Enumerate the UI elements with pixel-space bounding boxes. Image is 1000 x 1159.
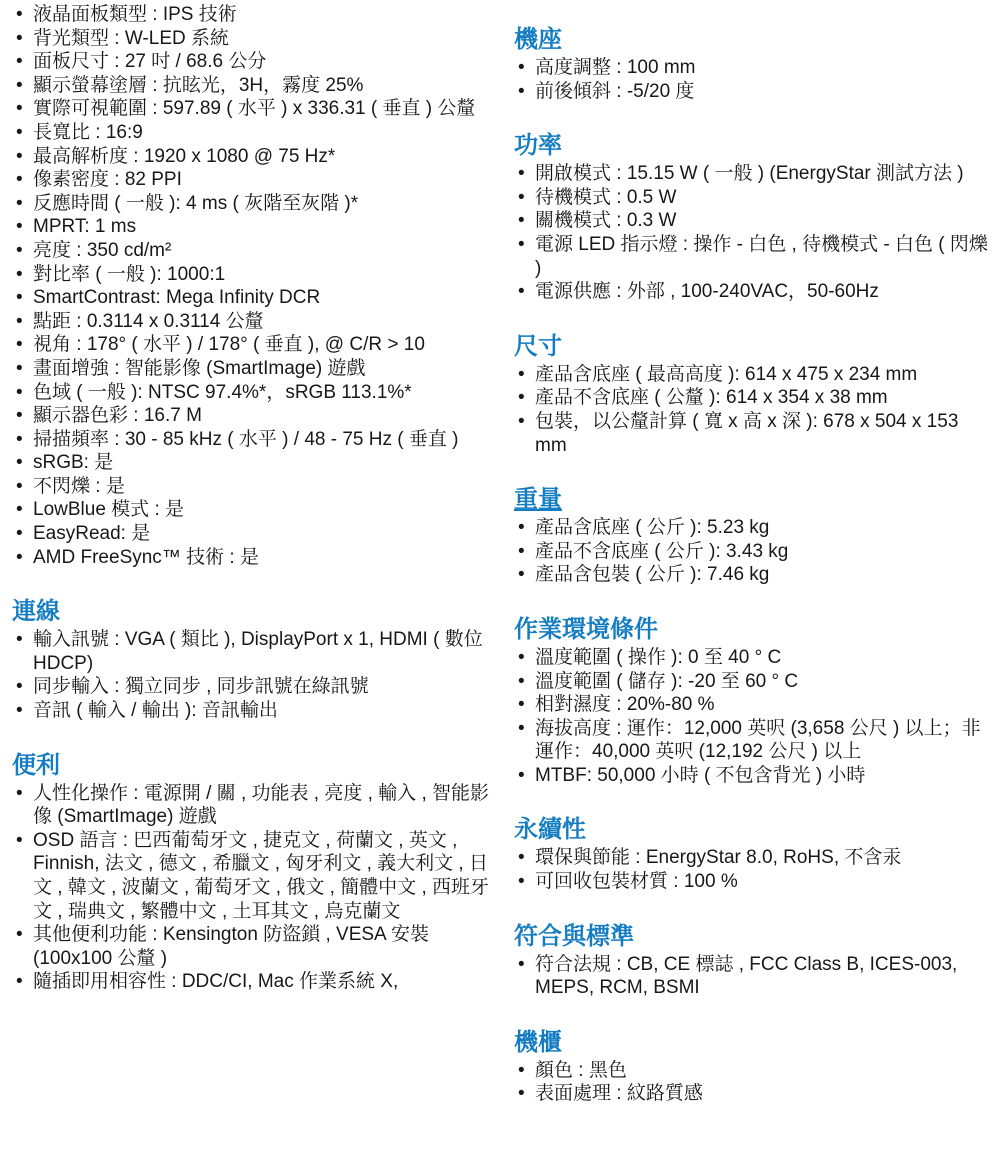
spec-item: 電源供應 : 外部 , 100-240VAC，50-60Hz xyxy=(514,280,992,304)
section-heading: 機座 xyxy=(514,26,992,53)
spec-item: LowBlue 模式 : 是 xyxy=(12,498,490,522)
spec-list: 產品含底座 ( 最高高度 ): 614 x 475 x 234 mm產品不含底座… xyxy=(514,363,992,457)
spec-item: 同步輸入 : 獨立同步 , 同步訊號在綠訊號 xyxy=(12,675,490,699)
spec-item: 顏色 : 黑色 xyxy=(514,1059,992,1083)
spec-list: 環保與節能 : EnergyStar 8.0, RoHS, 不含汞可回收包裝材質… xyxy=(514,846,992,893)
spec-section: 機櫃顏色 : 黑色表面處理 : 紋路質感 xyxy=(514,1029,992,1106)
spec-item: 點距 : 0.3114 x 0.3114 公釐 xyxy=(12,310,490,334)
spec-item: SmartContrast: Mega Infinity DCR xyxy=(12,286,490,310)
section-heading: 永續性 xyxy=(514,816,992,843)
spec-item: 面板尺寸 : 27 吋 / 68.6 公分 xyxy=(12,50,490,74)
spec-item: 開啟模式 : 15.15 W ( 一般 ) (EnergyStar 測試方法 ) xyxy=(514,162,992,186)
section-heading: 機櫃 xyxy=(514,1029,992,1056)
section-heading: 重量 xyxy=(514,486,992,513)
spec-item: 海拔高度 : 運作：12,000 英呎 (3,658 公尺 ) 以上；非運作：4… xyxy=(514,717,992,764)
spec-item: 溫度範圍 ( 儲存 ): -20 至 60 ° C xyxy=(514,670,992,694)
spec-list: 顏色 : 黑色表面處理 : 紋路質感 xyxy=(514,1059,992,1106)
spec-item: 顯示螢幕塗層 : 抗眩光，3H，霧度 25% xyxy=(12,74,490,98)
spec-item: 色域 ( 一般 ): NTSC 97.4%*，sRGB 113.1%* xyxy=(12,381,490,405)
spec-item: 產品不含底座 ( 公斤 ): 3.43 kg xyxy=(514,540,992,564)
spec-list: 溫度範圍 ( 操作 ): 0 至 40 ° C溫度範圍 ( 儲存 ): -20 … xyxy=(514,646,992,788)
spec-item: 最高解析度 : 1920 x 1080 @ 75 Hz* xyxy=(12,145,490,169)
spec-section: 連線輸入訊號 : VGA ( 類比 ), DisplayPort x 1, HD… xyxy=(12,598,490,722)
spec-item: 產品含底座 ( 最高高度 ): 614 x 475 x 234 mm xyxy=(514,363,992,387)
spec-item: 背光類型 : W-LED 系統 xyxy=(12,27,490,51)
spec-item: MPRT: 1 ms xyxy=(12,215,490,239)
spec-item: 輸入訊號 : VGA ( 類比 ), DisplayPort x 1, HDMI… xyxy=(12,628,490,675)
section-heading: 符合與標準 xyxy=(514,923,992,950)
spec-list: 人性化操作 : 電源開 / 關 , 功能表 , 亮度 , 輸入 , 智能影像 (… xyxy=(12,782,490,994)
spec-item: 顯示器色彩 : 16.7 M xyxy=(12,404,490,428)
spec-item: 音訊 ( 輸入 / 輸出 ): 音訊輸出 xyxy=(12,699,490,723)
spec-item: 實際可視範圍 : 597.89 ( 水平 ) x 336.31 ( 垂直 ) 公… xyxy=(12,97,490,121)
spec-item: 掃描頻率 : 30 - 85 kHz ( 水平 ) / 48 - 75 Hz (… xyxy=(12,428,490,452)
spec-item: 視角 : 178° ( 水平 ) / 178° ( 垂直 ), @ C/R > … xyxy=(12,333,490,357)
spec-item: 隨插即用相容性 : DDC/CI, Mac 作業系統 X, xyxy=(12,970,490,994)
spec-list: 產品含底座 ( 公斤 ): 5.23 kg產品不含底座 ( 公斤 ): 3.43… xyxy=(514,516,992,587)
spec-item: sRGB: 是 xyxy=(12,451,490,475)
spec-item: 產品含包裝 ( 公斤 ): 7.46 kg xyxy=(514,563,992,587)
section-heading: 作業環境條件 xyxy=(514,616,992,643)
spec-section: 尺寸產品含底座 ( 最高高度 ): 614 x 475 x 234 mm產品不含… xyxy=(514,333,992,457)
section-heading: 功率 xyxy=(514,132,992,159)
spec-column-left: 液晶面板類型 : IPS 技術背光類型 : W-LED 系統面板尺寸 : 27 … xyxy=(12,0,490,994)
spec-item: 相對濕度 : 20%-80 % xyxy=(514,693,992,717)
spec-section: 作業環境條件溫度範圍 ( 操作 ): 0 至 40 ° C溫度範圍 ( 儲存 )… xyxy=(514,616,992,788)
spec-item: 長寬比 : 16:9 xyxy=(12,121,490,145)
spec-list: 液晶面板類型 : IPS 技術背光類型 : W-LED 系統面板尺寸 : 27 … xyxy=(12,0,490,569)
spec-list: 高度調整 : 100 mm前後傾斜 : -5/20 度 xyxy=(514,56,992,103)
spec-item: 對比率 ( 一般 ): 1000:1 xyxy=(12,263,490,287)
spec-item: 不閃爍 : 是 xyxy=(12,475,490,499)
spec-item: 包裝，以公釐計算 ( 寬 x 高 x 深 ): 678 x 504 x 153 … xyxy=(514,410,992,457)
spec-item: 前後傾斜 : -5/20 度 xyxy=(514,80,992,104)
spec-item: 亮度 : 350 cd/m² xyxy=(12,239,490,263)
spec-item: 待機模式 : 0.5 W xyxy=(514,186,992,210)
spec-section: 功率開啟模式 : 15.15 W ( 一般 ) (EnergyStar 測試方法… xyxy=(514,132,992,304)
spec-list: 符合法規 : CB, CE 標誌 , FCC Class B, ICES-003… xyxy=(514,953,992,1000)
spec-item: 人性化操作 : 電源開 / 關 , 功能表 , 亮度 , 輸入 , 智能影像 (… xyxy=(12,782,490,829)
spec-item: EasyRead: 是 xyxy=(12,522,490,546)
spec-item: 其他便利功能 : Kensington 防盜鎖 , VESA 安裝 (100x1… xyxy=(12,923,490,970)
spec-section: 機座高度調整 : 100 mm前後傾斜 : -5/20 度 xyxy=(514,26,992,103)
spec-item: 表面處理 : 紋路質感 xyxy=(514,1082,992,1106)
spec-sheet-page: 液晶面板類型 : IPS 技術背光類型 : W-LED 系統面板尺寸 : 27 … xyxy=(0,0,1000,1159)
spec-list: 開啟模式 : 15.15 W ( 一般 ) (EnergyStar 測試方法 )… xyxy=(514,162,992,304)
spec-item: 電源 LED 指示燈 : 操作 - 白色 , 待機模式 - 白色 ( 閃爍 ) xyxy=(514,233,992,280)
spec-item: OSD 語言 : 巴西葡萄牙文 , 捷克文 , 荷蘭文 , 英文 , Finni… xyxy=(12,829,490,923)
spec-section: 符合與標準符合法規 : CB, CE 標誌 , FCC Class B, ICE… xyxy=(514,923,992,1000)
spec-section: 重量產品含底座 ( 公斤 ): 5.23 kg產品不含底座 ( 公斤 ): 3.… xyxy=(514,486,992,587)
spec-section: 永續性環保與節能 : EnergyStar 8.0, RoHS, 不含汞可回收包… xyxy=(514,816,992,893)
spec-column-right: 機座高度調整 : 100 mm前後傾斜 : -5/20 度功率開啟模式 : 15… xyxy=(514,0,992,1106)
spec-item: 液晶面板類型 : IPS 技術 xyxy=(12,3,490,27)
spec-item: 高度調整 : 100 mm xyxy=(514,56,992,80)
spec-section: 便利人性化操作 : 電源開 / 關 , 功能表 , 亮度 , 輸入 , 智能影像… xyxy=(12,752,490,994)
spec-section: 液晶面板類型 : IPS 技術背光類型 : W-LED 系統面板尺寸 : 27 … xyxy=(12,0,490,569)
section-heading: 尺寸 xyxy=(514,333,992,360)
spec-item: 像素密度 : 82 PPI xyxy=(12,168,490,192)
spec-item: 產品不含底座 ( 公釐 ): 614 x 354 x 38 mm xyxy=(514,386,992,410)
spec-item: 環保與節能 : EnergyStar 8.0, RoHS, 不含汞 xyxy=(514,846,992,870)
spec-item: 可回收包裝材質 : 100 % xyxy=(514,870,992,894)
spec-item: AMD FreeSync™ 技術 : 是 xyxy=(12,546,490,570)
spec-item: 畫面增強 : 智能影像 (SmartImage) 遊戲 xyxy=(12,357,490,381)
spec-item: 關機模式 : 0.3 W xyxy=(514,209,992,233)
section-heading: 便利 xyxy=(12,752,490,779)
section-heading: 連線 xyxy=(12,598,490,625)
spec-item: 產品含底座 ( 公斤 ): 5.23 kg xyxy=(514,516,992,540)
spec-item: 反應時間 ( 一般 ): 4 ms ( 灰階至灰階 )* xyxy=(12,192,490,216)
spec-item: 符合法規 : CB, CE 標誌 , FCC Class B, ICES-003… xyxy=(514,953,992,1000)
spec-item: 溫度範圍 ( 操作 ): 0 至 40 ° C xyxy=(514,646,992,670)
spec-list: 輸入訊號 : VGA ( 類比 ), DisplayPort x 1, HDMI… xyxy=(12,628,490,722)
spec-item: MTBF: 50,000 小時 ( 不包含背光 ) 小時 xyxy=(514,764,992,788)
